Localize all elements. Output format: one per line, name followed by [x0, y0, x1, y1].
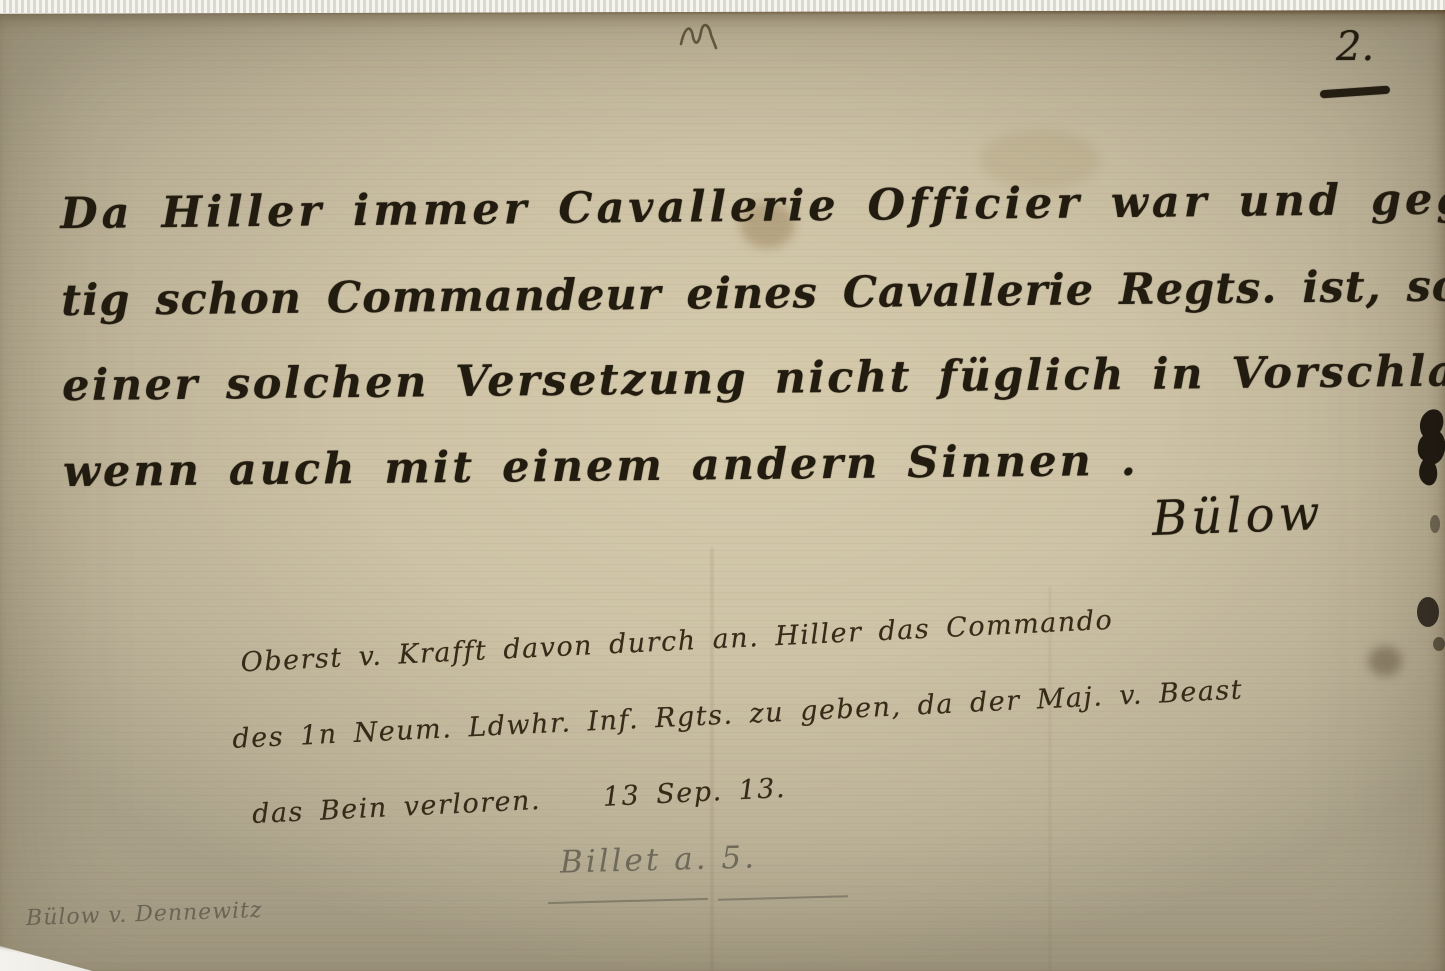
- ink-blot-icon: [1394, 406, 1445, 658]
- paper-crease: [1049, 587, 1051, 971]
- stray-ink-squiggle-icon: [676, 12, 724, 54]
- letter-body-line: tig schon Commandeur eines Cavallerie Re…: [61, 259, 1445, 326]
- letter-photograph: 2. Da Hiller immer Cavallerie Officier w…: [0, 0, 1445, 971]
- letter-body-line: wenn auch mit einem andern Sinnen .: [63, 436, 1139, 497]
- pencil-archive-note: Billet a. 5.: [560, 839, 758, 880]
- signature: Bülow: [1151, 485, 1324, 547]
- letter-body-line: einer solchen Versetzung nicht füglich i…: [62, 344, 1445, 412]
- page-number: 2.: [1336, 24, 1374, 70]
- paper-crease: [711, 548, 713, 971]
